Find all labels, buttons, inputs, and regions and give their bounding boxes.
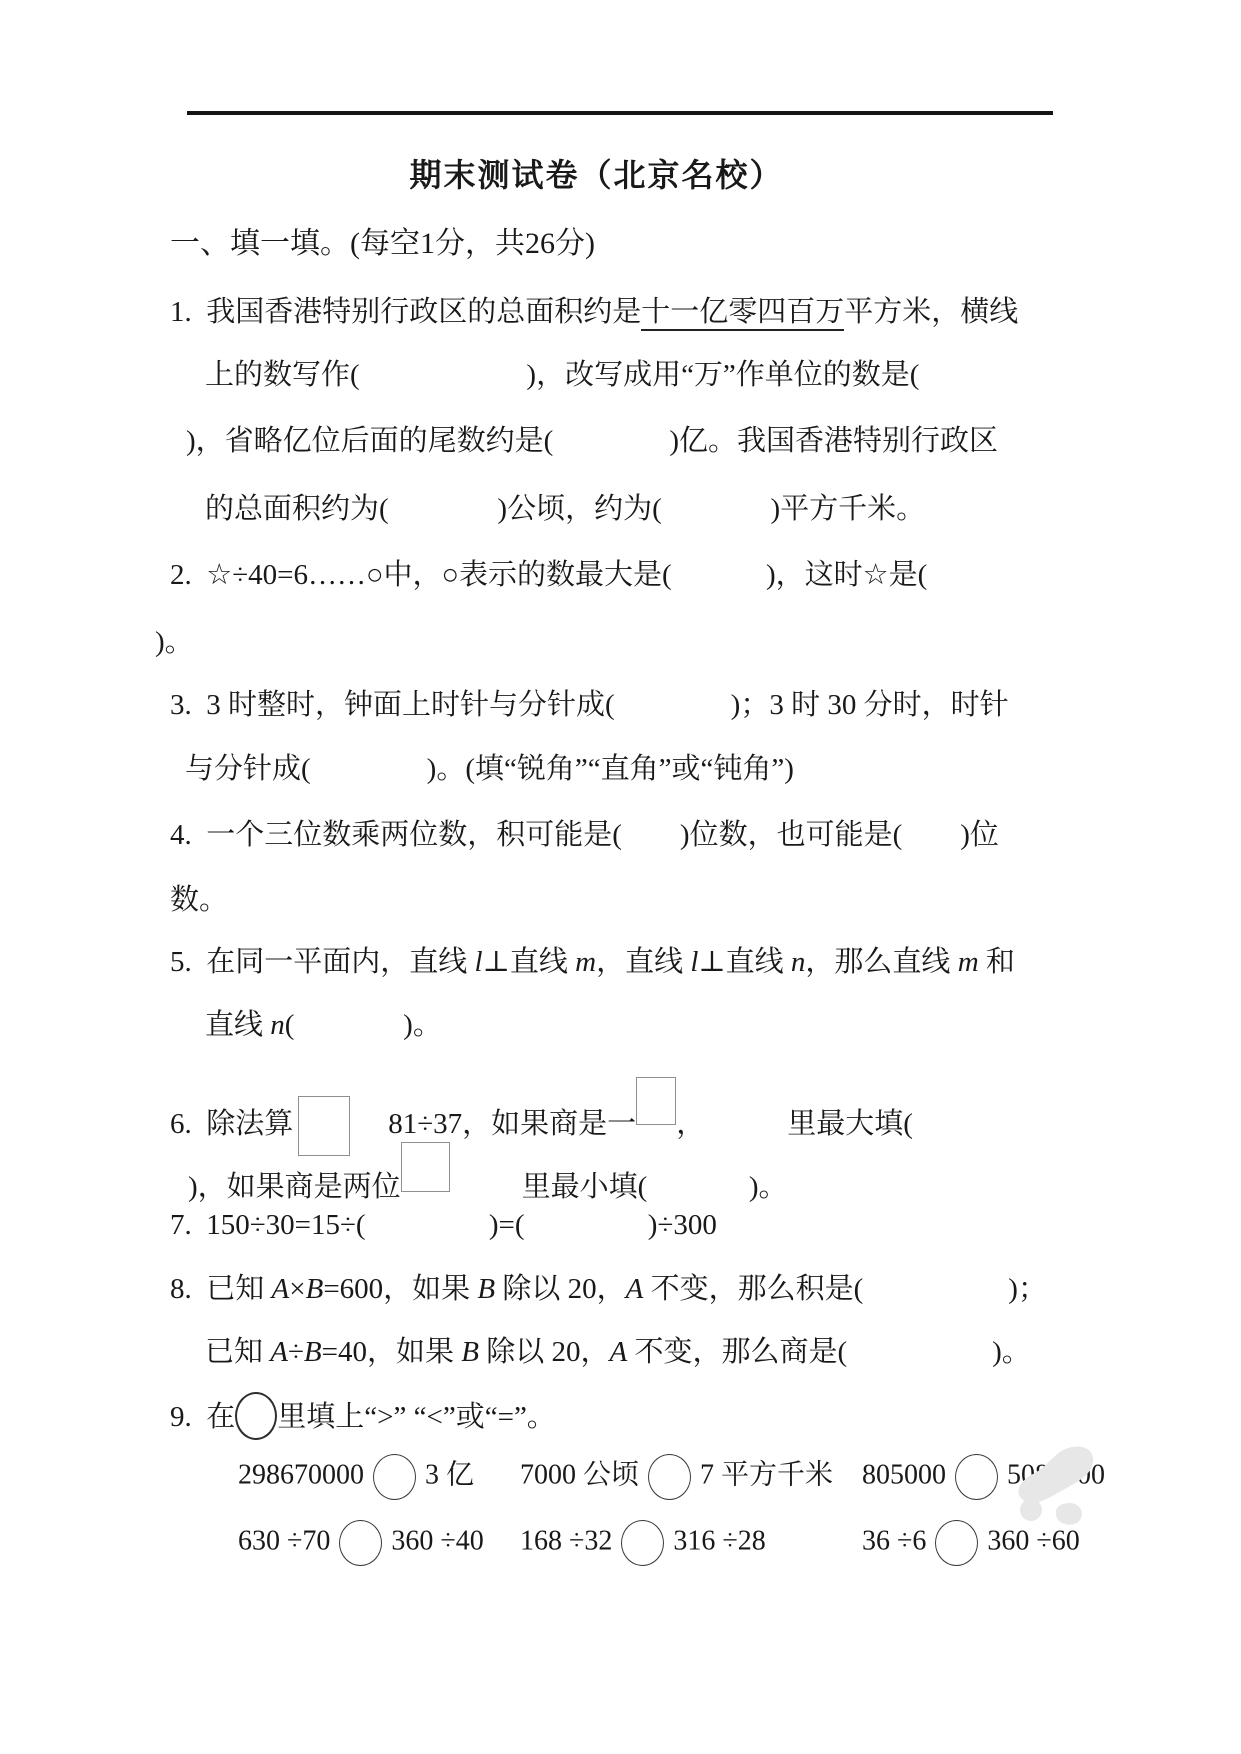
header-rule [187,111,1053,115]
compare-left: 7000 公顷 [520,1459,639,1490]
compare-left: 630 ÷70 [238,1525,330,1556]
compare-right: 7 平方千米 [700,1459,833,1490]
q1-line2: 上的数写作( )，改写成用“万”作单位的数是( [205,355,919,395]
compare-left: 36 ÷6 [862,1525,926,1556]
q8-var-A: A [272,1273,290,1305]
q2-line2: )。 [155,622,194,662]
q8-line2: 已知 A÷B=40，如果 B 除以 20，A 不变，那么商是( )。 [205,1332,1031,1372]
q5-var-l: l [475,946,483,978]
q5-text: ，直线 [596,946,690,978]
q5-var-n: n [791,946,806,978]
q8-var-B: B [304,1336,322,1368]
q6-blank-box-2 [636,1077,676,1125]
q8-var-B: B [306,1273,324,1305]
q5-text: 5. 在同一平面内，直线 [170,946,475,978]
compare-right: 3 亿 [425,1459,474,1490]
compare-item-1-2: 7000 公顷7 平方千米 [520,1454,833,1500]
q1-line1: 1. 我国香港特别行政区的总面积约是十一亿零四百万平方米，横线 [170,292,1018,332]
q5-line1: 5. 在同一平面内，直线 l⊥直线 m，直线 l⊥直线 n，那么直线 m 和 [170,942,1015,982]
q8-text: =40，如果 [322,1336,462,1368]
q1-line3: )，省略亿位后面的尾数约是( )亿。我国香港特别行政区 [186,421,998,461]
q8-var-A: A [270,1336,288,1368]
q8-var-B: B [461,1336,479,1368]
q6-text: ， [676,1108,705,1140]
q8-text: =600，如果 [323,1273,477,1305]
q1-text-pre: 1. 我国香港特别行政区的总面积约是 [170,296,641,328]
compare-right: 360 ÷40 [391,1525,483,1556]
compare-circle [935,1520,978,1566]
q5-text: 和 [979,946,1015,978]
q6-text: 6. 除法算 [170,1108,293,1140]
q9-text: 9. 在 [170,1401,235,1433]
q8-var-B: B [477,1273,495,1305]
q9-line: 9. 在里填上“>” “<”或“=”。 [170,1392,556,1440]
section-header: 一、填一填。(每空1分，共26分) [170,224,595,264]
q5-text: ，那么直线 [805,946,957,978]
q1-line4: 的总面积约为( )公顷，约为( )平方千米。 [205,489,925,529]
q5-text: 直线 [205,1009,270,1041]
test-paper-page: 期末测试卷（北京名校） 一、填一填。(每空1分，共26分) 1. 我国香港特别行… [0,0,1241,1754]
compare-item-2-2: 168 ÷32316 ÷28 [520,1520,766,1566]
page-title: 期末测试卷（北京名校） [140,150,1053,196]
q9-text: 里填上“>” “<”或“=”。 [277,1401,556,1433]
q6-text: )，如果商是两位 [188,1171,401,1203]
q8-text: ÷ [288,1336,304,1368]
q8-line1: 8. 已知 A×B=600，如果 B 除以 20，A 不变，那么积是( )； [170,1269,1047,1309]
watermark-shape [1005,1438,1115,1558]
q9-blank-circle [235,1392,277,1440]
q8-text: 不变，那么积是( )； [643,1273,1047,1305]
q4-line1: 4. 一个三位数乘两位数，积可能是( )位数，也可能是( )位 [170,815,999,855]
q6-line2: )，如果商是两位里最小填( )。 [188,1142,788,1207]
q4-line2: 数。 [170,880,228,920]
q8-text: 除以 20， [495,1273,626,1305]
q6-blank-box-3 [401,1142,450,1192]
q5-text: ( )。 [285,1009,442,1041]
q5-var-m: m [575,946,596,978]
q8-text: 8. 已知 [170,1273,272,1305]
q1-underlined-number: 十一亿零四百万 [641,296,844,331]
q2-line1: 2. ☆÷40=6……○中，○表示的数最大是( )，这时☆是( [170,555,927,595]
q8-text: 除以 20， [479,1336,610,1368]
q8-var-A: A [626,1273,644,1305]
q3-line1: 3. 3 时整时，钟面上时针与分针成( )；3 时 30 分时，时针 [170,685,1009,725]
compare-item-2-1: 630 ÷70360 ÷40 [238,1520,484,1566]
q5-var-m: m [958,946,979,978]
compare-left: 805000 [862,1459,946,1490]
q5-text: ⊥直线 [483,946,576,978]
compare-circle [955,1454,998,1500]
q5-var-n: n [270,1009,285,1041]
compare-item-1-1: 2986700003 亿 [238,1454,474,1500]
compare-circle [339,1520,382,1566]
q8-var-A: A [609,1336,627,1368]
q5-line2: 直线 n( )。 [205,1005,442,1045]
compare-left: 168 ÷32 [520,1525,612,1556]
compare-circle [373,1454,416,1500]
q8-text: 已知 [205,1336,270,1368]
compare-left: 298670000 [238,1459,364,1490]
q8-text: 不变，那么商是( )。 [627,1336,1031,1368]
q6-text: 里最大填( [787,1108,913,1140]
compare-right: 316 ÷28 [673,1525,765,1556]
compare-circle [648,1454,691,1500]
q8-text: × [289,1273,305,1305]
q3-line2: 与分针成( )。(填“锐角”“直角”或“钝角”) [185,749,794,789]
q7-line1: 7. 150÷30=15÷( )=( )÷300 [170,1205,717,1245]
q6-text: 里最小填( )。 [522,1171,788,1203]
compare-circle [621,1520,664,1566]
q1-text-post: 平方米，横线 [844,296,1018,328]
q6-text: 81÷37，如果商是一 [388,1108,636,1140]
q5-text: ⊥直线 [698,946,791,978]
